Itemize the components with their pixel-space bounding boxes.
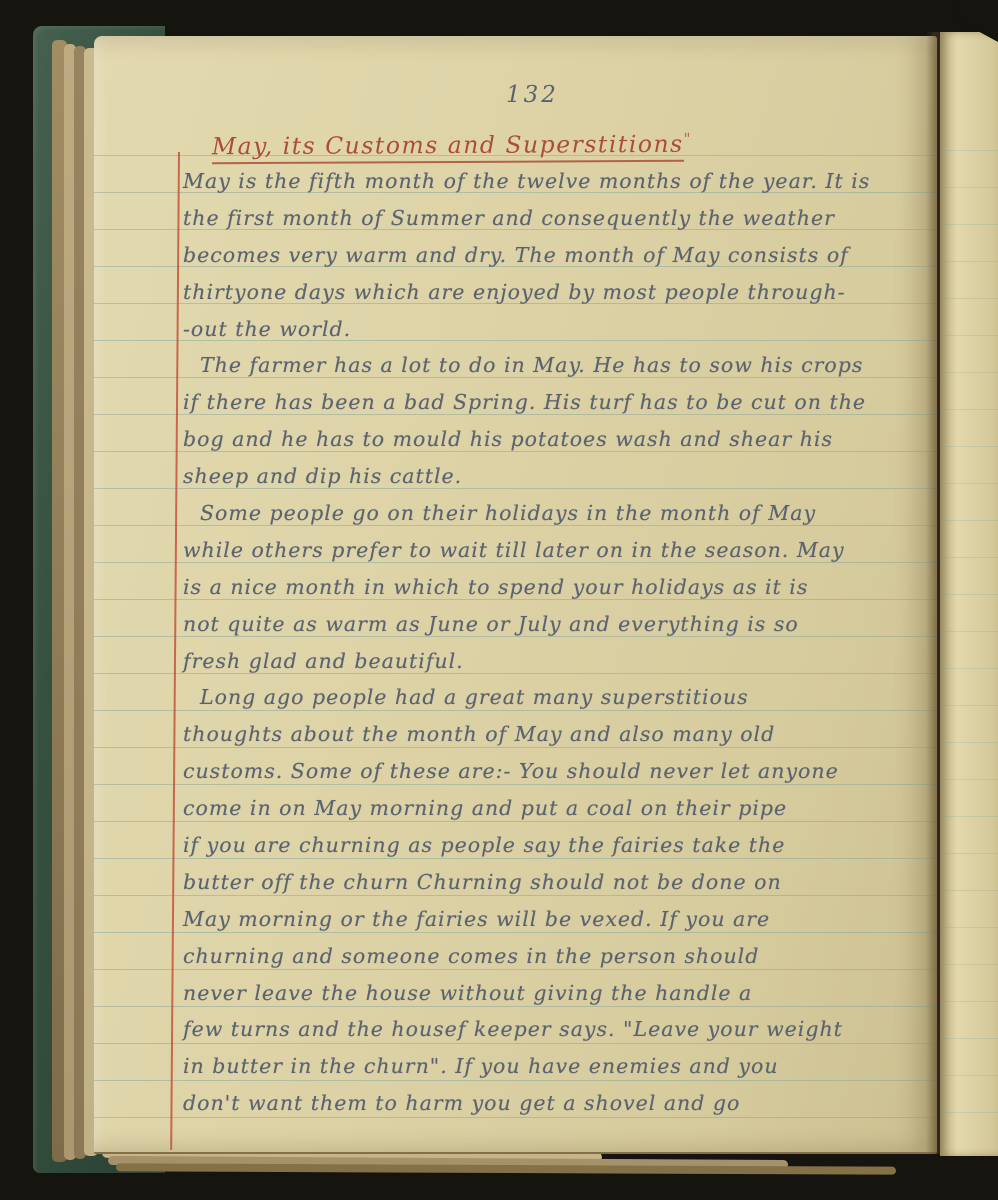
handwritten-line: never leave the house without giving the…	[183, 975, 943, 1012]
handwritten-line: if you are churning as people say the fa…	[183, 827, 943, 864]
handwritten-line: Long ago people had a great many superst…	[183, 679, 943, 716]
handwritten-line: bog and he has to mould his potatoes was…	[183, 421, 943, 458]
handwritten-line: few turns and the housef keeper says. "L…	[183, 1011, 943, 1048]
handwritten-line: -out the world.	[183, 311, 943, 348]
handwritten-line: churning and someone comes in the person…	[183, 938, 943, 975]
handwritten-line: is a nice month in which to spend your h…	[183, 569, 943, 606]
handwritten-line: fresh glad and beautiful.	[183, 643, 943, 680]
handwritten-line: the first month of Summer and consequent…	[183, 200, 943, 237]
page-title: May, its Customs and Superstitions"	[212, 130, 691, 161]
ruled-lines	[940, 150, 998, 1140]
title-end-mark: "	[684, 130, 691, 148]
handwritten-body: May is the fifth month of the twelve mon…	[183, 163, 943, 1122]
handwritten-line: come in on May morning and put a coal on…	[183, 790, 943, 827]
handwritten-line: May morning or the fairies will be vexed…	[183, 901, 943, 938]
handwritten-line: thoughts about the month of May and also…	[183, 716, 943, 753]
adjacent-page-sliver	[940, 32, 998, 1156]
page-title-text: May, its Customs and Superstitions	[212, 130, 684, 164]
handwritten-line: sheep and dip his cattle.	[183, 458, 943, 495]
handwritten-line: The farmer has a lot to do in May. He ha…	[183, 347, 943, 384]
handwritten-line: thirtyone days which are enjoyed by most…	[183, 274, 943, 311]
handwritten-line: butter off the churn Churning should not…	[183, 864, 943, 901]
handwritten-line: while others prefer to wait till later o…	[183, 532, 943, 569]
handwritten-line: if there has been a bad Spring. His turf…	[183, 384, 943, 421]
handwritten-line: customs. Some of these are:- You should …	[183, 753, 943, 790]
handwritten-line: Some people go on their holidays in the …	[183, 495, 943, 532]
scanned-notebook-photo: 132 May, its Customs and Superstitions" …	[0, 0, 998, 1200]
handwritten-line: don't want them to harm you get a shovel…	[183, 1085, 943, 1122]
handwritten-line: becomes very warm and dry. The month of …	[183, 237, 943, 274]
page-number: 132	[506, 82, 559, 108]
handwritten-line: not quite as warm as June or July and ev…	[183, 606, 943, 643]
handwritten-line: May is the fifth month of the twelve mon…	[183, 163, 943, 200]
handwritten-line: in butter in the churn". If you have ene…	[183, 1048, 943, 1085]
